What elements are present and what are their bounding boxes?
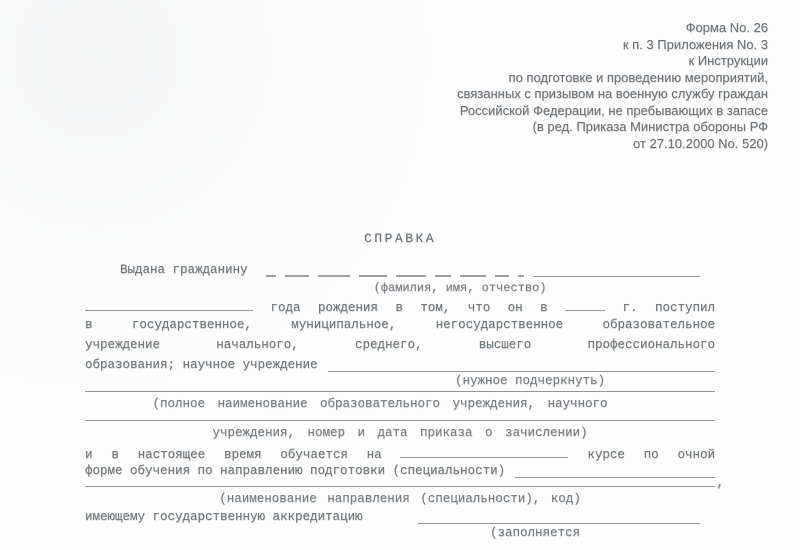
accreditation-line: имеющему государственную аккредитацию xyxy=(85,510,715,524)
birth-year-blank-field xyxy=(85,298,253,311)
study-line-text-1: и в настоящее время обучается на xyxy=(85,448,382,462)
dashed-underline-segment xyxy=(266,265,276,277)
year-blank-field xyxy=(565,298,605,311)
institution-name-hint-1: (полное наименование образовательного уч… xyxy=(85,397,715,411)
institution-line-3-text: образования; научное учреждение xyxy=(85,358,318,372)
dashed-underline-segment xyxy=(495,265,509,277)
institution-name-blank-field xyxy=(85,381,715,392)
instruction-line-3: Российской Федерации, не пребывающих в з… xyxy=(457,103,768,120)
specialty-name-blank-field: , xyxy=(85,476,715,487)
institution-type-line-1: в государственное, муниципальное, негосу… xyxy=(85,318,715,332)
institution-blank-field xyxy=(328,359,715,372)
dashed-underline-segment xyxy=(460,265,486,277)
study-course-line: и в настоящее время обучается на курсе п… xyxy=(85,445,715,462)
document-title: СПРАВКА xyxy=(85,231,715,246)
name-blank-field xyxy=(533,264,700,277)
instruction-line-2: связанных с призывом на военную службу г… xyxy=(457,86,768,103)
study-line-text-2: курсе по очной xyxy=(587,448,715,462)
course-blank-field xyxy=(400,445,568,458)
dashed-underline-segment xyxy=(318,265,350,277)
edition-reference: (в ред. Приказа Министра обороны РФ xyxy=(457,119,768,136)
institution-name-hint-2: учреждения, номер и дата приказа о зачис… xyxy=(85,426,715,440)
instruction-reference: к Инструкции xyxy=(457,53,768,70)
instruction-line-1: по подготовке и проведению мероприятий, xyxy=(457,70,768,87)
dashed-underline-segment xyxy=(435,265,451,277)
issued-to-label: Выдана гражданину xyxy=(120,263,248,277)
filled-by-hint: (заполняется xyxy=(490,526,630,540)
fio-hint: (фамилия, имя, отчество) xyxy=(335,281,585,295)
dashed-underline-segment xyxy=(518,265,524,277)
specialty-hint: (наименование направления (специальности… xyxy=(85,492,715,506)
birth-line-text-2: г. поступил xyxy=(623,301,715,315)
form-reference-header: Форма No. 26 к п. 3 Приложения No. 3 к И… xyxy=(457,20,768,152)
institution-type-line-2: учреждение начального, среднего, высшего… xyxy=(85,338,715,352)
form-number: Форма No. 26 xyxy=(457,20,768,37)
trailing-comma: , xyxy=(716,476,724,490)
birth-year-line: года рождения в том, что он в г. поступи… xyxy=(85,298,715,315)
enrollment-order-blank-field xyxy=(85,410,715,421)
institution-type-line-3: образования; научное учреждение xyxy=(85,358,715,372)
issued-to-line: Выдана гражданину xyxy=(85,263,700,277)
appendix-reference: к п. 3 Приложения No. 3 xyxy=(457,37,768,54)
dashed-underline-segment xyxy=(396,265,426,277)
scanned-certificate-form: Форма No. 26 к п. 3 Приложения No. 3 к И… xyxy=(0,0,800,550)
accreditation-blank-field xyxy=(418,511,700,524)
accreditation-label: имеющему государственную аккредитацию xyxy=(85,510,363,524)
birth-line-text-1: года рождения в том, что он в xyxy=(270,301,547,315)
dashed-underline-segment xyxy=(285,265,309,277)
edition-date: от 27.10.2000 No. 520) xyxy=(457,136,768,153)
dashed-underline-segment xyxy=(359,265,387,277)
